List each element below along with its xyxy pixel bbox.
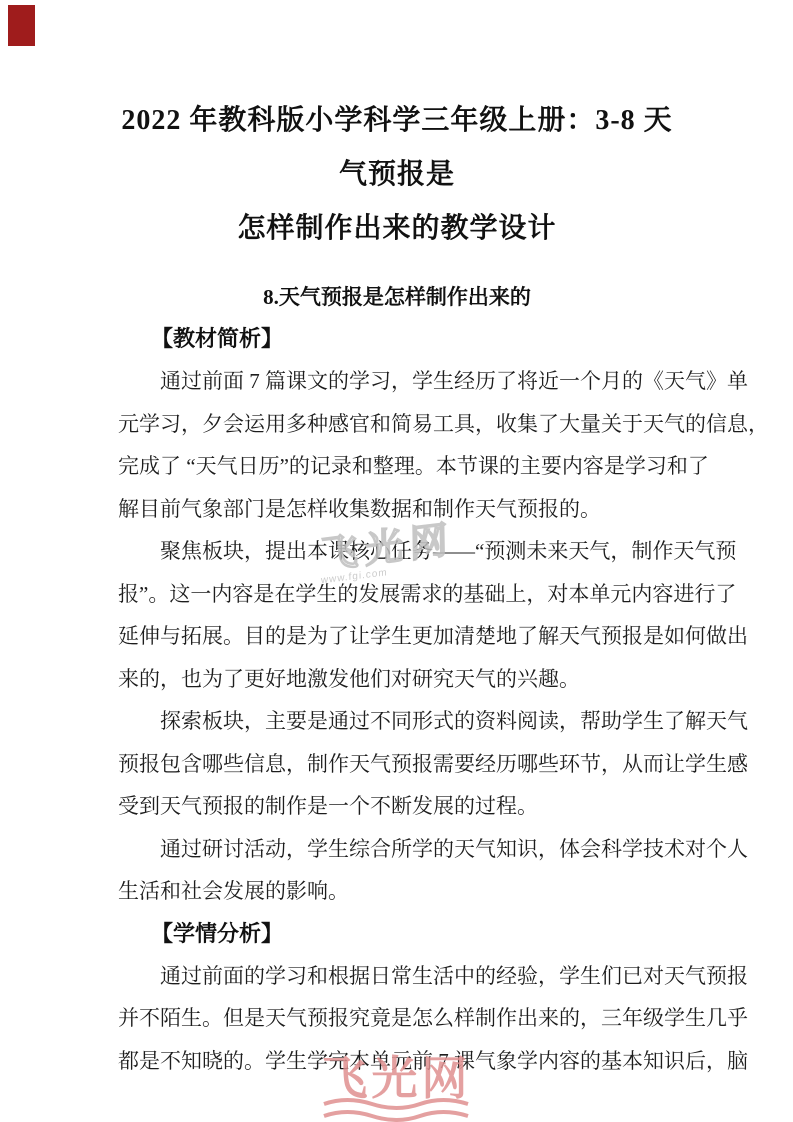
paragraph-line: 聚焦板块，提出本课核心任务——“预测未来天气，制作天气预 [118,530,676,573]
paragraph-line: 通过研讨活动，学生综合所学的天气知识，体会科学技术对个人 [118,828,676,871]
paragraph-line: 报”。这一内容是在学生的发展需求的基础上，对本单元内容进行了 [118,573,676,616]
paragraph: 通过前面 7 篇课文的学习，学生经历了将近一个月的《天气》单元学习，夕会运用多种… [118,360,676,530]
paragraph-line: 预报包含哪些信息，制作天气预报需要经历哪些环节，从而让学生感 [118,743,676,786]
paragraph-line: 受到天气预报的制作是一个不断发展的过程。 [118,785,676,828]
section-heading: 【教材简析】 [118,318,676,360]
document-title: 2022 年教科版小学科学三年级上册：3-8 天气预报是 怎样制作出来的教学设计 [118,94,676,256]
document-body: 【教材简析】通过前面 7 篇课文的学习，学生经历了将近一个月的《天气》单元学习，… [118,318,676,1082]
document-subtitle: 8.天气预报是怎样制作出来的 [118,276,676,318]
paragraph-line: 探索板块，主要是通过不同形式的资料阅读，帮助学生了解天气 [118,700,676,743]
paragraph: 探索板块，主要是通过不同形式的资料阅读，帮助学生了解天气预报包含哪些信息，制作天… [118,700,676,828]
paragraph-line: 完成了 “天气日历”的记录和整理。本节课的主要内容是学习和了 [118,445,676,488]
document-page: 2022 年教科版小学科学三年级上册：3-8 天气预报是 怎样制作出来的教学设计… [0,0,793,1122]
paragraph-line: 通过前面的学习和根据日常生活中的经验，学生们已对天气预报 [118,955,676,998]
document-title-line-2: 怎样制作出来的教学设计 [118,202,676,256]
paragraph-line: 生活和社会发展的影响。 [118,870,676,913]
paragraph-line: 元学习，夕会运用多种感官和简易工具，收集了大量关于天气的信息， [118,403,676,446]
paragraph-line: 解目前气象部门是怎样收集数据和制作天气预报的。 [118,488,676,531]
paragraph-line: 来的，也为了更好地激发他们对研究天气的兴趣。 [118,658,676,701]
paragraph: 聚焦板块，提出本课核心任务——“预测未来天气，制作天气预报”。这一内容是在学生的… [118,530,676,700]
document-title-line-1: 2022 年教科版小学科学三年级上册：3-8 天气预报是 [118,94,676,202]
paragraph-line: 通过前面 7 篇课文的学习，学生经历了将近一个月的《天气》单 [118,360,676,403]
paragraph: 通过前面的学习和根据日常生活中的经验，学生们已对天气预报并不陌生。但是天气预报究… [118,955,676,1083]
watermark-bottom-wave-icon [322,1096,472,1122]
paragraph: 通过研讨活动，学生综合所学的天气知识，体会科学技术对个人生活和社会发展的影响。 [118,828,676,913]
corner-marker [8,5,35,46]
section-heading: 【学情分析】 [118,913,676,955]
paragraph-line: 延伸与拓展。目的是为了让学生更加清楚地了解天气预报是如何做出 [118,615,676,658]
paragraph-line: 并不陌生。但是天气预报究竟是怎么样制作出来的，三年级学生几乎 [118,997,676,1040]
paragraph-line: 都是不知晓的。学生学完本单元前 7 课气象学内容的基本知识后，脑 [118,1040,676,1083]
